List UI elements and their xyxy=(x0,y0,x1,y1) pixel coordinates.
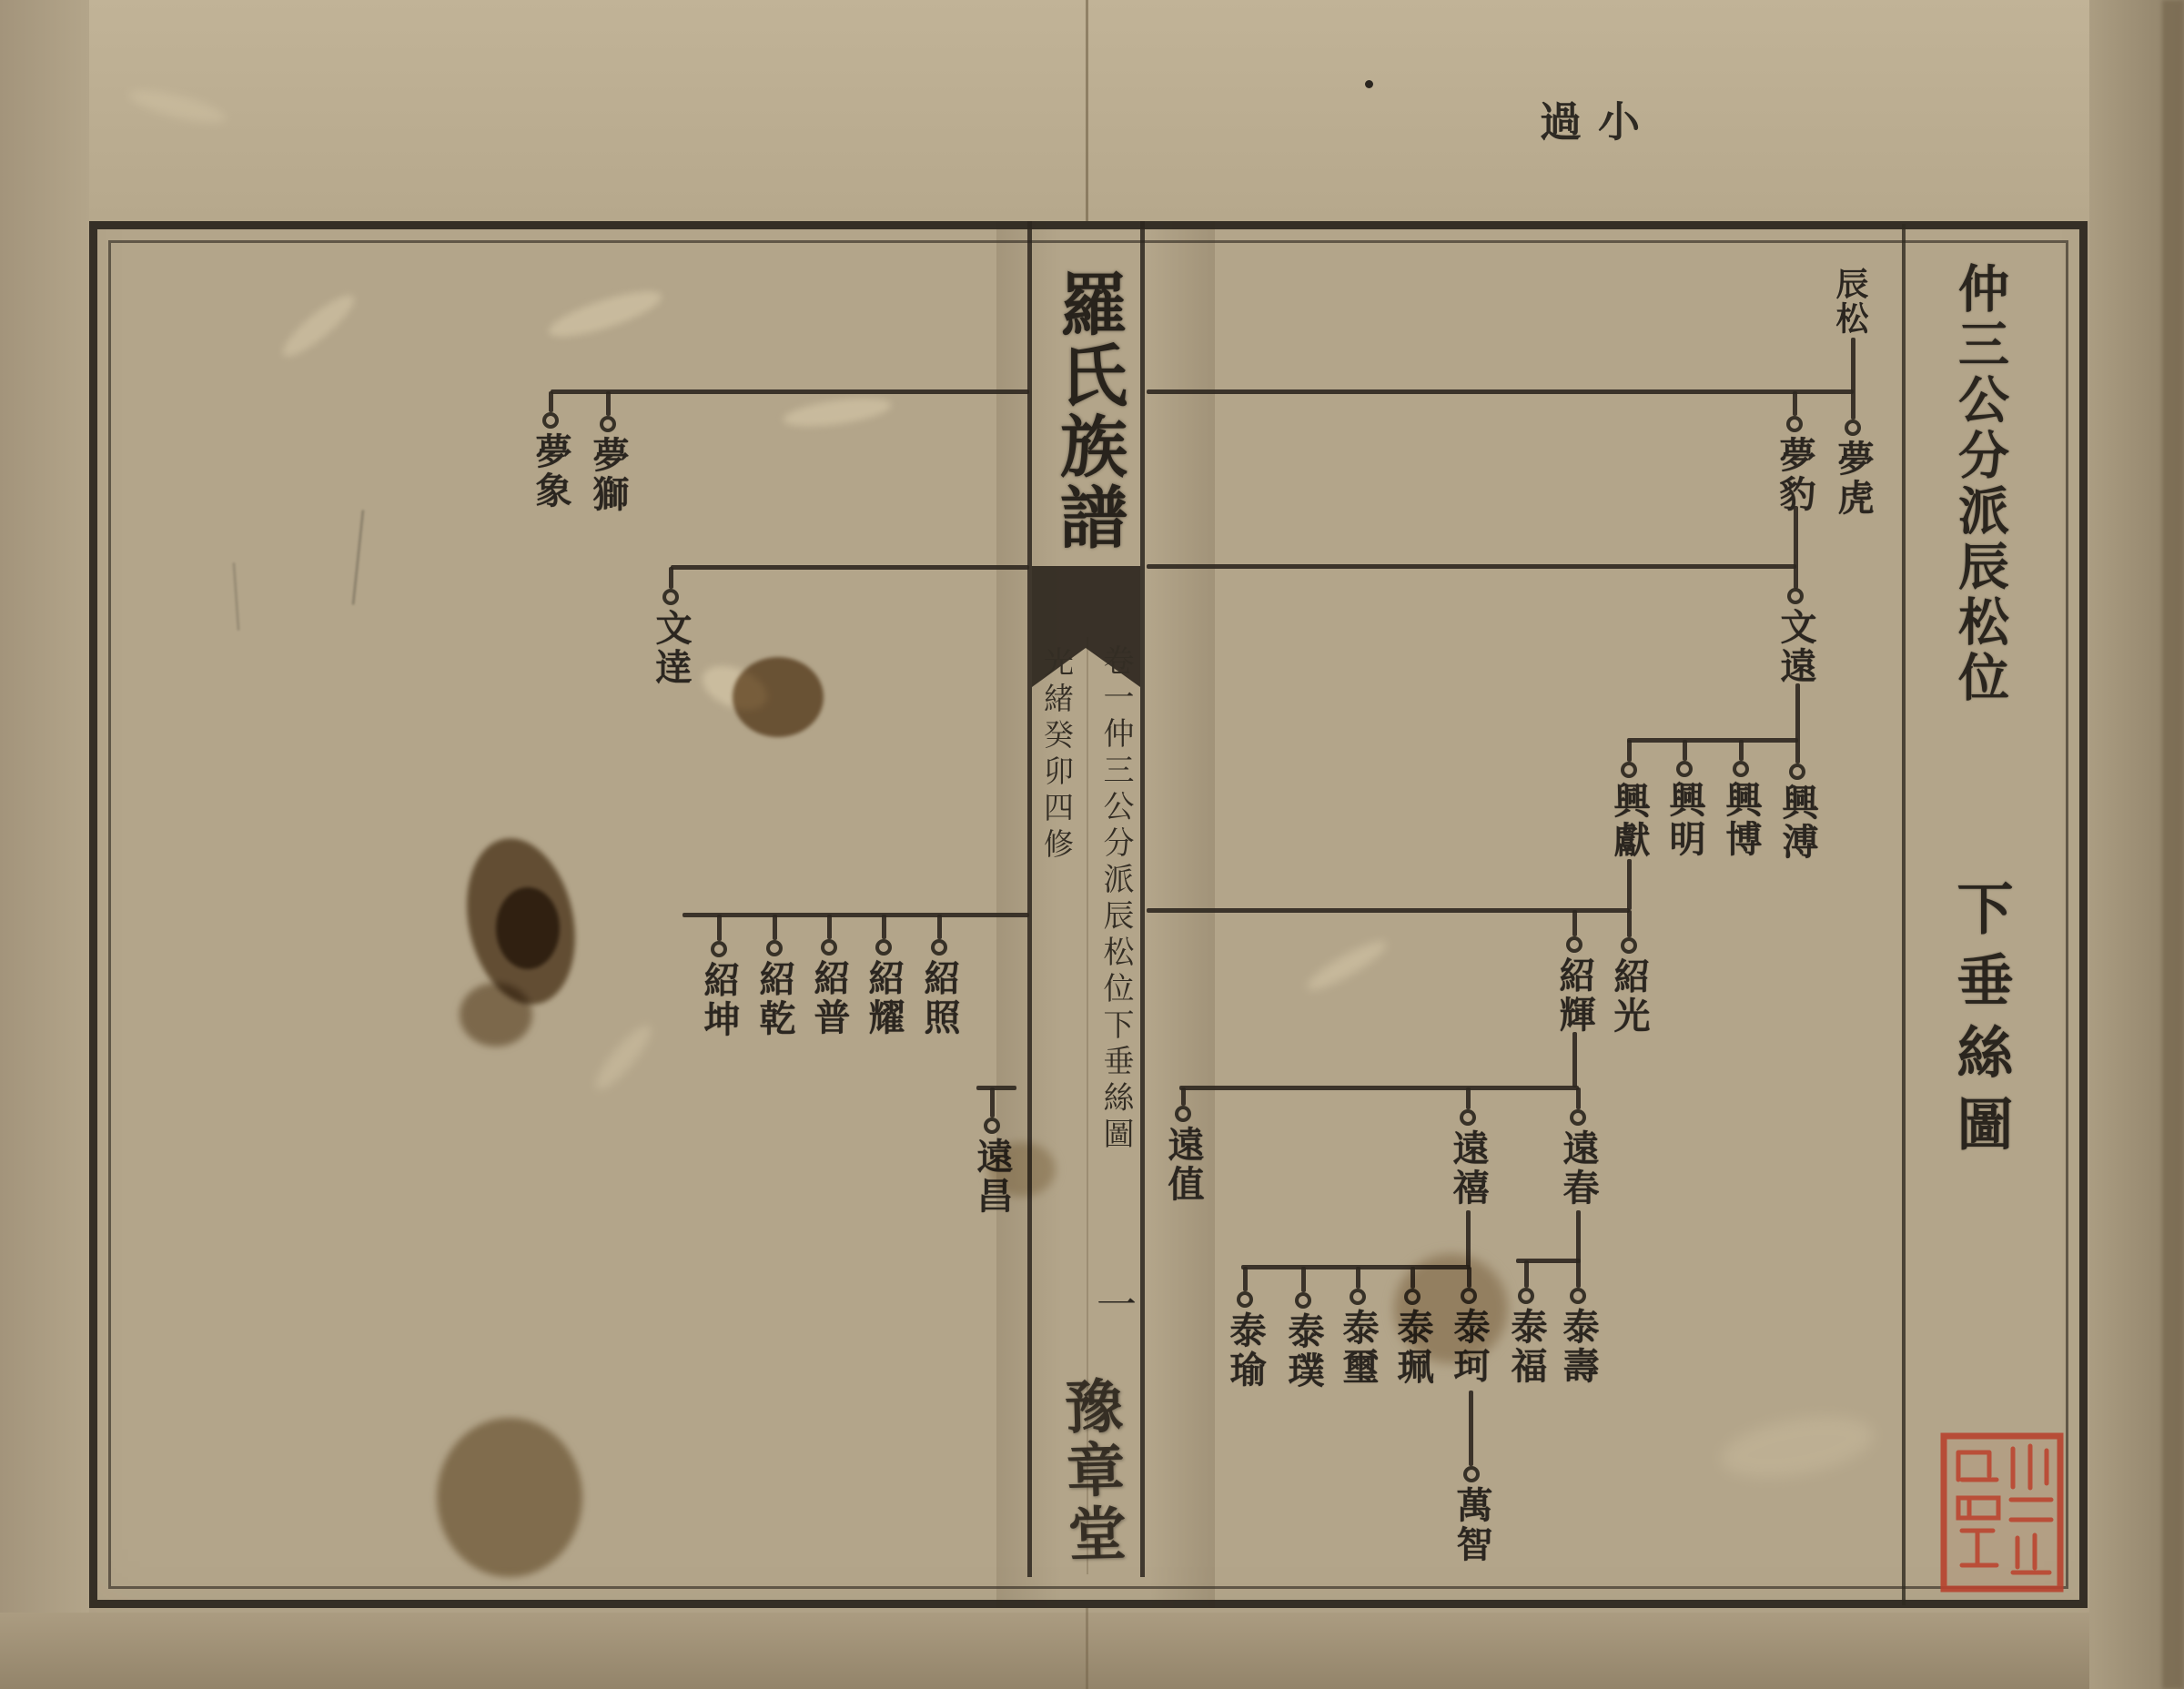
tree-descent-line xyxy=(1851,338,1855,420)
person-name: 興明 xyxy=(1663,781,1706,859)
person-marker xyxy=(821,939,837,956)
person-marker xyxy=(1295,1292,1311,1309)
tree-descent-line xyxy=(1794,506,1798,589)
node-drop-line xyxy=(882,915,886,939)
ink-dot xyxy=(1365,80,1373,88)
node-drop-line xyxy=(1572,910,1577,936)
person-marker xyxy=(1237,1291,1253,1308)
tree-descent-line xyxy=(1469,1391,1473,1466)
fold-line-top xyxy=(1086,0,1088,221)
person-name: 興溥 xyxy=(1775,784,1819,862)
tree-branch-line xyxy=(1179,1086,1579,1090)
person-marker xyxy=(1350,1289,1366,1305)
person-name: 文遠 xyxy=(1774,608,1817,686)
tree-branch-line xyxy=(671,565,1029,570)
person-name: 紹輝 xyxy=(1552,956,1596,1035)
node-drop-line xyxy=(1301,1267,1306,1292)
book-edge-shadow xyxy=(2162,0,2184,1689)
edition-note: 光緒癸卯四修 xyxy=(1038,646,1075,865)
node-drop-line xyxy=(990,1087,995,1118)
left-margin-paper xyxy=(0,0,89,1689)
chapter-title-upper: 仲三公分派辰松位 xyxy=(1949,262,2011,706)
node-drop-line xyxy=(773,915,777,940)
hall-mark: 豫章堂 xyxy=(1049,1375,1130,1568)
person-marker xyxy=(600,416,616,432)
person-name: 泰瑜 xyxy=(1223,1311,1267,1390)
node-drop-line xyxy=(937,915,942,939)
person-name: 紹乾 xyxy=(753,960,796,1038)
person-marker xyxy=(1733,761,1749,777)
person-marker xyxy=(1570,1288,1586,1304)
person-name: 夢象 xyxy=(529,432,572,511)
node-drop-line xyxy=(1627,740,1632,762)
node-drop-line xyxy=(606,391,611,416)
person-name: 紹照 xyxy=(917,959,961,1037)
person-marker xyxy=(1570,1109,1586,1126)
tree-branch-line xyxy=(1147,389,1854,394)
book-title: 羅氏族譜 xyxy=(1045,269,1132,553)
person-name: 泰壽 xyxy=(1556,1308,1600,1386)
person-marker xyxy=(1460,1109,1476,1126)
node-drop-line xyxy=(1356,1267,1360,1289)
person-name: 遠值 xyxy=(1161,1126,1205,1204)
node-drop-line xyxy=(1181,1087,1186,1106)
person-name: 興博 xyxy=(1719,781,1763,859)
node-drop-line xyxy=(827,915,832,939)
person-marker xyxy=(1787,588,1804,604)
bottom-margin-paper xyxy=(0,1613,2184,1689)
chapter-title-lower: 下垂絲圖 xyxy=(1949,879,2011,1167)
node-drop-line xyxy=(1576,1087,1581,1109)
person-name: 紹普 xyxy=(807,959,851,1037)
fold-line-bottom xyxy=(1086,1608,1088,1689)
spine-border-left xyxy=(1027,221,1032,1577)
ancestor-name: 辰松 xyxy=(1829,267,1871,336)
person-marker xyxy=(1621,762,1637,778)
person-name: 泰璞 xyxy=(1281,1312,1325,1391)
person-marker xyxy=(1621,937,1637,954)
node-drop-line xyxy=(549,391,553,412)
node-drop-line xyxy=(1627,910,1632,937)
tree-descent-line xyxy=(1795,683,1800,764)
person-marker xyxy=(766,940,783,956)
page-number: 一 xyxy=(1096,1272,1137,1330)
person-name: 遠禧 xyxy=(1446,1129,1490,1208)
node-drop-line xyxy=(1683,740,1687,761)
person-marker xyxy=(1789,764,1805,780)
top-margin-paper xyxy=(0,0,2184,221)
person-marker xyxy=(1676,761,1693,777)
person-name: 夢虎 xyxy=(1831,440,1875,518)
tree-branch-line xyxy=(976,1086,1016,1090)
tree-descent-line xyxy=(1576,1210,1581,1288)
person-name: 興獻 xyxy=(1607,782,1651,860)
person-name: 紹坤 xyxy=(697,961,741,1039)
person-name: 夢獅 xyxy=(586,436,630,514)
person-marker xyxy=(1786,416,1803,432)
person-name: 萬智 xyxy=(1450,1486,1493,1564)
person-marker xyxy=(1845,420,1861,436)
person-marker xyxy=(542,412,559,429)
node-drop-line xyxy=(717,915,722,941)
person-name: 文逹 xyxy=(649,609,693,687)
person-marker xyxy=(875,939,892,956)
node-drop-line xyxy=(1793,391,1797,416)
person-name: 遠春 xyxy=(1556,1129,1600,1208)
person-marker xyxy=(1566,936,1582,953)
tree-branch-line xyxy=(682,913,1029,917)
red-seal xyxy=(1940,1432,2064,1593)
ink-stain-overlay xyxy=(987,1142,1056,1197)
hexagram-mark-xiaoguo: 過小 xyxy=(1540,89,1685,149)
ink-stain-overlay xyxy=(1394,1254,1508,1363)
person-name: 紹耀 xyxy=(862,959,905,1037)
spine-border-right xyxy=(1140,221,1145,1577)
person-marker xyxy=(662,589,679,605)
volume-chapter-label: 卷一仲三公分派辰松位下垂絲圖 xyxy=(1097,644,1135,1154)
person-marker xyxy=(711,941,727,957)
person-marker xyxy=(931,939,947,956)
tree-branch-line xyxy=(551,389,1029,394)
person-name: 泰璽 xyxy=(1336,1309,1380,1387)
person-marker xyxy=(1175,1106,1191,1122)
node-drop-line xyxy=(669,567,673,589)
node-drop-line xyxy=(1466,1087,1471,1109)
tree-descent-line xyxy=(1627,859,1632,910)
tree-branch-line xyxy=(1627,738,1798,743)
node-drop-line xyxy=(1243,1267,1248,1291)
tree-branch-line xyxy=(1147,564,1796,569)
tree-branch-line xyxy=(1147,908,1630,913)
person-marker xyxy=(1518,1288,1534,1304)
node-drop-line xyxy=(1524,1260,1529,1288)
person-marker xyxy=(1463,1466,1480,1482)
person-marker xyxy=(984,1118,1000,1134)
person-name: 紹光 xyxy=(1607,957,1651,1036)
title-column-divider xyxy=(1902,224,1906,1605)
tree-descent-line xyxy=(1572,1032,1577,1087)
node-drop-line xyxy=(1739,740,1744,761)
scanned-genealogy-page: 羅氏族譜 卷一仲三公分派辰松位下垂絲圖 光緒癸卯四修 一 豫章堂 過小 仲三公分… xyxy=(0,0,2184,1689)
person-name: 泰福 xyxy=(1504,1308,1548,1386)
person-name: 夢豹 xyxy=(1773,436,1816,514)
